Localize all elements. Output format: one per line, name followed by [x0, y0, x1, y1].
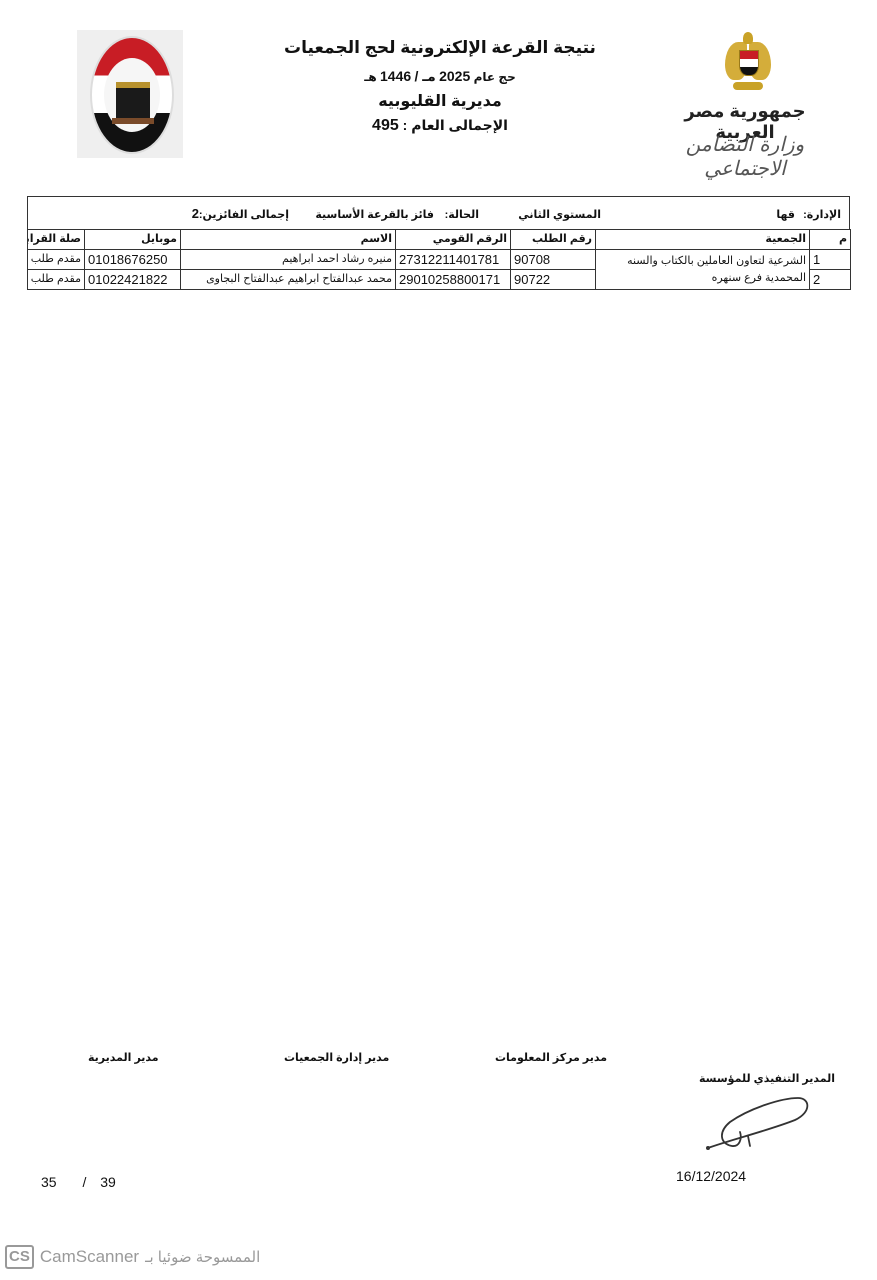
person-name: منيره رشاد احمد ابراهيم [181, 250, 396, 270]
year-gregorian: 2025 [439, 68, 470, 84]
watermark-arabic: الممسوحة ضوئيا بـ [145, 1248, 260, 1266]
table-row: 1 الشرعية لتعاون العاملين بالكتاب والسنه… [28, 250, 851, 270]
info-row: الإدارة: قها المستوي الثاني الحالة: فائز… [27, 196, 850, 229]
sig-info-center-manager: مدير مركز المعلومات [495, 1051, 607, 1064]
page-separator: / [82, 1174, 86, 1190]
person-name: محمد عبدالفتاح ابراهيم عبدالفتاح البجاوى [181, 270, 396, 290]
watermark-text: CamScanner [40, 1247, 139, 1267]
row-index: 1 [810, 250, 851, 270]
grand-total-value: 495 [372, 117, 399, 134]
results-table: الإدارة: قها المستوي الثاني الحالة: فائز… [27, 196, 850, 290]
national-id: 27312211401781 [396, 250, 511, 270]
camscanner-logo-icon: CS [5, 1245, 34, 1269]
admin-label: الإدارة: [803, 208, 841, 221]
col-request-no: رقم الطلب [511, 230, 596, 250]
row-index: 2 [810, 270, 851, 290]
ministry-name: وزارة التضامن الاجتماعي [670, 132, 820, 180]
sig-directorate-manager: مدير المديرية [88, 1051, 159, 1064]
col-mobile: موبايل [85, 230, 181, 250]
col-national-id: الرقم القومي [396, 230, 511, 250]
national-id: 29010258800171 [396, 270, 511, 290]
col-name: الاسم [181, 230, 396, 250]
grand-total-label: الإجمالى العام : [403, 117, 508, 133]
request-number: 90708 [511, 250, 596, 270]
document-date: 16/12/2024 [676, 1168, 746, 1184]
handwritten-signature-icon [700, 1092, 815, 1154]
sig-associations-manager: مدير إدارة الجمعيات [284, 1051, 389, 1064]
col-association: الجمعية [596, 230, 810, 250]
table-header-row: م الجمعية رقم الطلب الرقم القومي الاسم م… [28, 230, 851, 250]
directorate-name: مديرية القليوبيه [260, 91, 620, 111]
hajj-year-prefix: حج عام [474, 70, 516, 84]
status-value: فائز بالقرعة الأساسية [315, 208, 434, 221]
eagle-emblem-icon [725, 32, 771, 96]
kaaba-logo [77, 30, 183, 158]
logo-ring [90, 36, 174, 154]
page-total: 39 [100, 1174, 116, 1190]
col-relation: صلة القرابه [28, 230, 85, 250]
col-index: م [810, 230, 851, 250]
year-hijri: 1446 [380, 68, 411, 84]
relation: مقدم طلب [28, 250, 85, 270]
association-name: الشرعية لتعاون العاملين بالكتاب والسنه ا… [596, 250, 810, 290]
kaaba-icon [116, 82, 150, 122]
year-separator: مـ / [415, 68, 436, 84]
kaaba-base [112, 118, 154, 124]
flag-shield-icon [739, 50, 759, 76]
relation: مقدم طلب [28, 270, 85, 290]
mobile-number: 01022421822 [85, 270, 181, 290]
winners-grid: م الجمعية رقم الطلب الرقم القومي الاسم م… [27, 229, 851, 290]
status-label: الحالة: [445, 208, 479, 221]
hajj-year: حج عام 2025 مـ / 1446 هـ [260, 68, 620, 85]
level-value: المستوي الثاني [518, 208, 601, 221]
grand-total: الإجمالى العام : 495 [260, 117, 620, 135]
page-number: 35 / 39 [41, 1174, 116, 1190]
page-current: 35 [41, 1174, 57, 1190]
admin-value: قها [776, 208, 795, 221]
winners-label: إجمالى الفائزين: [199, 208, 289, 221]
year-suffix: هـ [364, 70, 376, 84]
mobile-number: 01018676250 [85, 250, 181, 270]
winners-value: 2 [192, 206, 199, 221]
camscanner-watermark: CS CamScanner الممسوحة ضوئيا بـ [5, 1245, 260, 1269]
sig-executive-director: المدير التنفيذي للمؤسسة [699, 1072, 835, 1085]
document-title: نتيجة القرعة الإلكترونية لحج الجمعيات [260, 38, 620, 58]
request-number: 90722 [511, 270, 596, 290]
